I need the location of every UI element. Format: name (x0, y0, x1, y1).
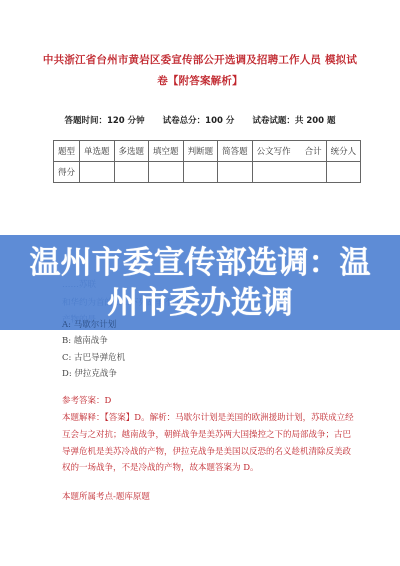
header-cell-fill-blank: 填空题 (149, 141, 184, 162)
header-cell-writing-total: 公文写作合计 (252, 141, 326, 162)
option-b: B: 越南战争 (62, 334, 108, 346)
row-label-score: 得分 (54, 162, 80, 183)
exam-time: 答题时间：120 分钟 (64, 116, 144, 126)
explanation-line1: 本题解释：【答案】D。解析：马歇尔计划是美国的欧洲援助计划，苏联成立经 (62, 411, 354, 423)
header-cell-single-choice: 单选题 (80, 141, 115, 162)
option-d: D: 伊拉克战争 (62, 367, 117, 379)
header-cell-true-false: 判断题 (183, 141, 218, 162)
exam-total-score: 试卷总分：100 分 (163, 116, 235, 126)
header-cell-multiple-choice: 多选题 (114, 141, 149, 162)
document-title-line1: 中共浙江省台州市黄岩区委宣传部公开选调及招聘工作人员 模拟试 (0, 52, 400, 67)
score-cell (114, 162, 149, 183)
score-cell (183, 162, 218, 183)
topic-note: 本题所属考点-题库原题 (62, 490, 150, 502)
banner-line1: 温州市委宣传部选调：温 (0, 243, 400, 283)
exam-meta: 答题时间：120 分钟试卷总分：100 分试卷试题：共 200 题 (0, 114, 400, 126)
document-title-line2: 卷【附答案解析】 (0, 73, 400, 88)
explanation-line3: 导弹危机是美苏冷战的产物，伊拉克战争是美国以反恐的名义趁机清除反美政 (62, 445, 351, 457)
header-total: 合计 (305, 147, 322, 157)
score-table-header-row: 题型 单选题 多选题 填空题 判断题 简答题 公文写作合计 统分人 (54, 141, 361, 162)
score-cell (149, 162, 184, 183)
score-cell (80, 162, 115, 183)
option-c: C: 古巴导弹危机 (62, 351, 125, 363)
header-cell-scorer: 统分人 (326, 141, 361, 162)
explanation-line2: 互会与之对抗；越南战争，朝鲜战争是美苏两大国操控之下的局部战争；古巴 (62, 428, 351, 440)
score-cell (218, 162, 253, 183)
overlay-banner-text: 温州市委宣传部选调：温 州市委办选调 (0, 235, 400, 330)
score-cell (326, 162, 361, 183)
reference-answer: 参考答案：D (62, 394, 111, 406)
exam-question-count: 试卷试题：共 200 题 (252, 116, 335, 126)
score-table: 题型 单选题 多选题 填空题 判断题 简答题 公文写作合计 统分人 得分 (53, 140, 361, 183)
option-a: A: 马歇尔计划 (62, 318, 116, 330)
header-writing: 公文写作 (257, 147, 291, 157)
header-cell-short-answer: 简答题 (218, 141, 253, 162)
score-table-score-row: 得分 (54, 162, 361, 183)
header-cell-type: 题型 (54, 141, 80, 162)
document-page: 中共浙江省台州市黄岩区委宣传部公开选调及招聘工作人员 模拟试 卷【附答案解析】 … (0, 0, 400, 566)
score-cell (252, 162, 326, 183)
explanation-line4: 权的一场战争，不是冷战的产物，故本题答案为 D。 (62, 461, 259, 473)
banner-line2: 州市委办选调 (0, 283, 400, 323)
